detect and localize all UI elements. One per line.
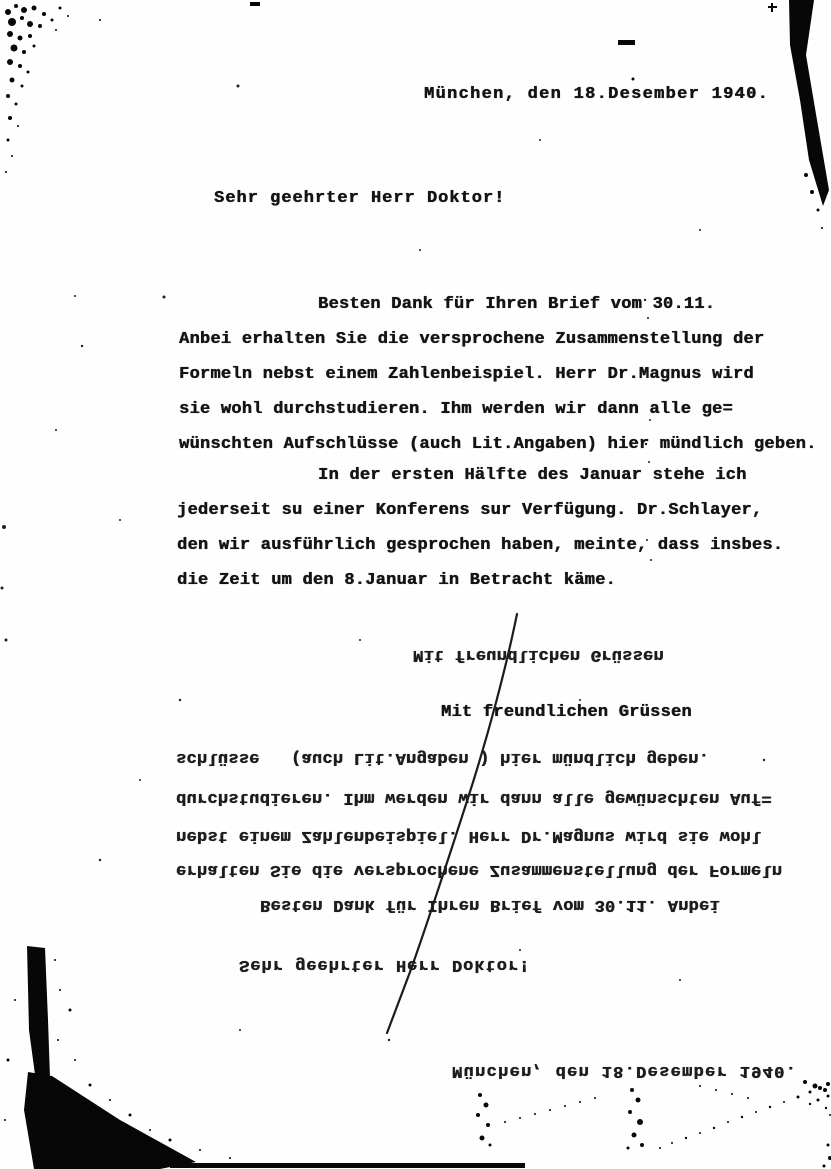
mirrored-closing: Mit freundlichen Grüssen <box>413 645 664 664</box>
mirrored-line: Besten Dank für Ihren Brief vom 30.11. A… <box>260 895 720 914</box>
letter-closing: Mit freundlichen Grüssen <box>441 703 692 722</box>
body-line: Besten Dank für Ihren Brief vom 30.11. <box>318 295 715 314</box>
mirrored-line: schlüsse (auch Lit.Angaben ) hier mündli… <box>176 748 709 767</box>
letter-dateline: München, den 18.Desember 1940. <box>424 85 769 104</box>
scanner-blob-bottom-left <box>4 946 525 1169</box>
body-line: sie wohl durchstudieren. Ihm werden wir … <box>179 400 733 419</box>
body-line: den wir ausführlich gesprochen haben, me… <box>177 536 783 555</box>
mirrored-salutation: Sehr geehrter Herr Doktor! <box>239 955 530 974</box>
scanned-letter-page: München, den 18.Desember 1940. Sehr geeh… <box>0 0 831 1169</box>
mirrored-line: nebst einem Zahlenbeispiel. Herr Dr.Magn… <box>176 826 761 845</box>
scanner-blob-top-left <box>5 4 101 173</box>
body-line: Formeln nebst einem Zahlenbeispiel. Herr… <box>179 365 754 384</box>
scanner-streak-top-right <box>789 0 829 206</box>
body-line: jederseit su einer Konferens sur Verfügu… <box>177 501 762 520</box>
mirrored-dateline: München, den 18.Desember 1940. <box>452 1061 797 1080</box>
mirrored-line: durchstudieren. Ihm werden wir dann alle… <box>176 788 772 807</box>
body-line: wünschten Aufschlüsse (auch Lit.Angaben)… <box>179 435 817 454</box>
body-line: Anbei erhalten Sie die versprochene Zusa… <box>179 330 764 349</box>
body-line: In der ersten Hälfte des Januar stehe ic… <box>318 466 747 485</box>
scanner-speckle-bottom-right <box>476 1080 831 1168</box>
body-line: die Zeit um den 8.Januar in Betracht käm… <box>177 571 616 590</box>
mirrored-line: erhalten Sie die versprochene Zusammenst… <box>176 860 782 879</box>
letter-salutation: Sehr geehrter Herr Doktor! <box>214 189 505 208</box>
